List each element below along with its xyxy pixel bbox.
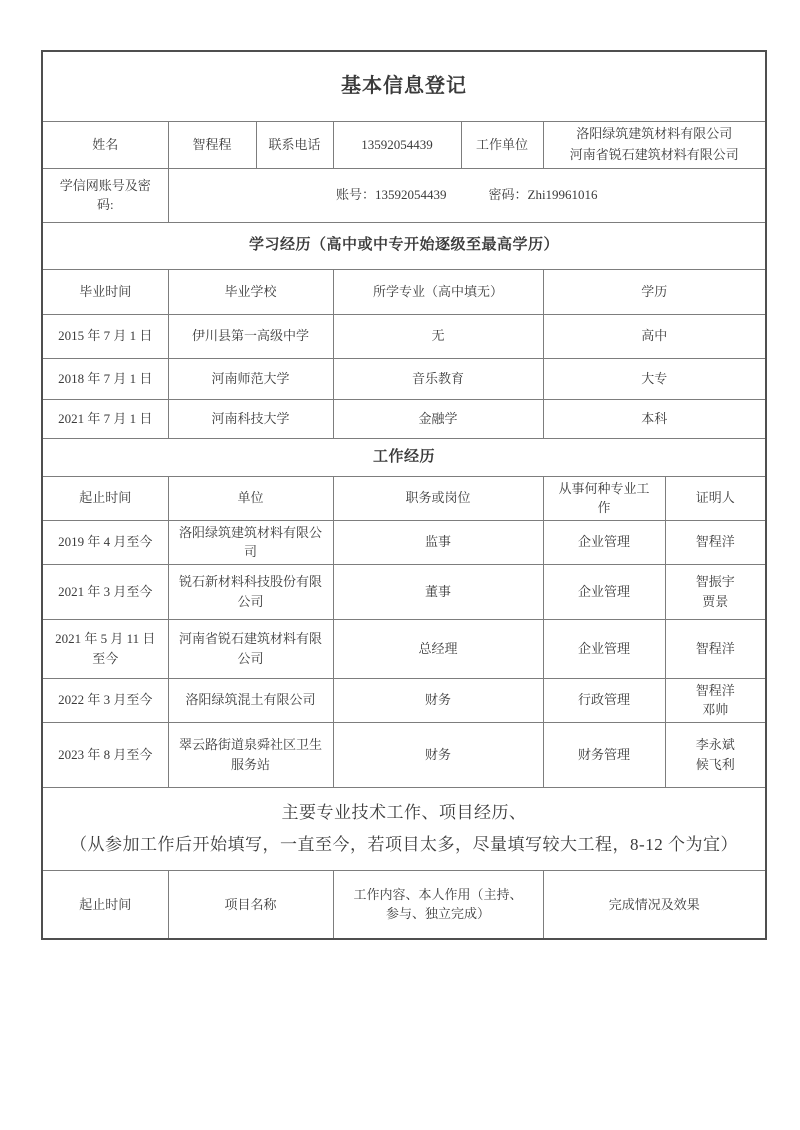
edu-cell: 大专 <box>543 358 766 399</box>
work-cell: 河南省锐石建筑材料有限 公司 <box>168 619 333 678</box>
work-cell: 2022 年 3 月至今 <box>42 678 168 722</box>
edu-header-time: 毕业时间 <box>42 269 168 314</box>
edu-cell: 2018 年 7 月 1 日 <box>42 358 168 399</box>
xuexin-password: 密码：Zhi19961016 <box>489 185 598 205</box>
work-cell: 监事 <box>333 520 543 564</box>
edu-header-degree: 学历 <box>543 269 766 314</box>
name-label: 姓名 <box>42 121 168 168</box>
employer-value: 洛阳绿筑建筑材料有限公司 河南省锐石建筑材料有限公司 <box>543 121 766 168</box>
work-cell: 财务 <box>333 678 543 722</box>
edu-row-2: 2018 年 7 月 1 日 河南师范大学 音乐教育 大专 <box>42 358 766 399</box>
edu-header-major: 所学专业（高中填无） <box>333 269 543 314</box>
work-header-witness: 证明人 <box>665 476 766 520</box>
work-cell: 锐石新材料科技股份有限 公司 <box>168 564 333 619</box>
work-cell: 2019 年 4 月至今 <box>42 520 168 564</box>
edu-cell: 金融学 <box>333 399 543 438</box>
work-cell: 企业管理 <box>543 619 665 678</box>
work-cell: 智程洋 邓帅 <box>665 678 766 722</box>
work-row-1: 2019 年 4 月至今 洛阳绿筑建筑材料有限公 司 监事 企业管理 智程洋 <box>42 520 766 564</box>
work-cell: 财务 <box>333 722 543 787</box>
work-cell: 2021 年 3 月至今 <box>42 564 168 619</box>
work-cell: 洛阳绿筑建筑材料有限公 司 <box>168 520 333 564</box>
work-row-4: 2022 年 3 月至今 洛阳绿筑混土有限公司 财务 行政管理 智程洋 邓帅 <box>42 678 766 722</box>
work-cell: 李永斌 候飞利 <box>665 722 766 787</box>
edu-cell: 高中 <box>543 314 766 358</box>
edu-cell: 2015 年 7 月 1 日 <box>42 314 168 358</box>
xuexin-label: 学信网账号及密 码: <box>42 168 168 222</box>
work-row-3: 2021 年 5 月 11 日 至今 河南省锐石建筑材料有限 公司 总经理 企业… <box>42 619 766 678</box>
xuexin-value: 账号：13592054439 密码：Zhi19961016 <box>168 168 766 222</box>
work-cell: 智振宇 贾景 <box>665 564 766 619</box>
employer-label: 工作单位 <box>461 121 543 168</box>
project-header-content: 工作内容、本人作用（主持、 参与、独立完成） <box>333 870 543 939</box>
document-page: { "doc": { "title": "基本信息登记" }, "basic":… <box>0 0 800 1130</box>
work-cell: 2023 年 8 月至今 <box>42 722 168 787</box>
work-cell: 洛阳绿筑混土有限公司 <box>168 678 333 722</box>
work-header-position: 职务或岗位 <box>333 476 543 520</box>
work-cell: 企业管理 <box>543 564 665 619</box>
edu-row-1: 2015 年 7 月 1 日 伊川县第一高级中学 无 高中 <box>42 314 766 358</box>
xuexin-account: 账号：13592054439 <box>336 185 447 205</box>
edu-cell: 本科 <box>543 399 766 438</box>
work-section-title: 工作经历 <box>42 438 766 476</box>
work-cell: 翠云路街道泉舜社区卫生 服务站 <box>168 722 333 787</box>
edu-cell: 2021 年 7 月 1 日 <box>42 399 168 438</box>
work-header-unit: 单位 <box>168 476 333 520</box>
work-header-profession: 从事何种专业工 作 <box>543 476 665 520</box>
edu-cell: 河南科技大学 <box>168 399 333 438</box>
projects-title-line-1: 主要专业技术工作、项目经历、 <box>53 800 755 826</box>
project-header-name: 项目名称 <box>168 870 333 939</box>
page-title: 基本信息登记 <box>42 51 766 121</box>
employer-line-1: 洛阳绿筑建筑材料有限公司 <box>548 124 762 144</box>
work-header-time: 起止时间 <box>42 476 168 520</box>
work-cell: 智程洋 <box>665 520 766 564</box>
phone-value: 13592054439 <box>333 121 461 168</box>
work-cell: 董事 <box>333 564 543 619</box>
education-section-title: 学习经历（高中或中专开始逐级至最高学历） <box>42 222 766 269</box>
edu-row-3: 2021 年 7 月 1 日 河南科技大学 金融学 本科 <box>42 399 766 438</box>
projects-section-title: 主要专业技术工作、项目经历、 （从参加工作后开始填写，一直至今，若项目太多，尽量… <box>42 787 766 870</box>
work-cell: 智程洋 <box>665 619 766 678</box>
work-row-2: 2021 年 3 月至今 锐石新材料科技股份有限 公司 董事 企业管理 智振宇 … <box>42 564 766 619</box>
name-value: 智程程 <box>168 121 256 168</box>
project-header-time: 起止时间 <box>42 870 168 939</box>
work-cell: 2021 年 5 月 11 日 至今 <box>42 619 168 678</box>
phone-label: 联系电话 <box>256 121 333 168</box>
edu-cell: 河南师范大学 <box>168 358 333 399</box>
projects-title-line-2: （从参加工作后开始填写，一直至今，若项目太多，尽量填写较大工程，8-12 个为宜… <box>53 832 755 858</box>
edu-cell: 音乐教育 <box>333 358 543 399</box>
edu-header-school: 毕业学校 <box>168 269 333 314</box>
work-cell: 总经理 <box>333 619 543 678</box>
work-row-5: 2023 年 8 月至今 翠云路街道泉舜社区卫生 服务站 财务 财务管理 李永斌… <box>42 722 766 787</box>
work-cell: 行政管理 <box>543 678 665 722</box>
work-cell: 财务管理 <box>543 722 665 787</box>
edu-cell: 伊川县第一高级中学 <box>168 314 333 358</box>
registration-table: 基本信息登记 姓名 智程程 联系电话 13592054439 工作单位 洛阳绿筑… <box>41 50 767 940</box>
work-cell: 企业管理 <box>543 520 665 564</box>
edu-cell: 无 <box>333 314 543 358</box>
project-header-result: 完成情况及效果 <box>543 870 766 939</box>
employer-line-2: 河南省锐石建筑材料有限公司 <box>548 145 762 165</box>
